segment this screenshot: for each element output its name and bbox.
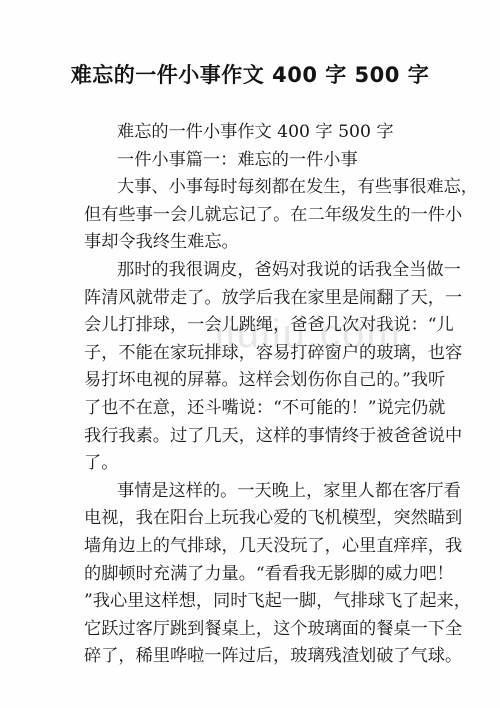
text-line: 难忘的一件小事作文 400 字 500 字	[84, 119, 456, 147]
text-line: 一件小事篇一：难忘的一件小事	[84, 147, 456, 175]
text-line: 事却令我终生难忘。	[84, 229, 456, 257]
text-line: 事情是这样的。一天晚上，家里人都在客厅看	[84, 478, 456, 506]
text-line: 会儿打排球，一会儿跳绳，爸爸几次对我说：“儿	[84, 312, 456, 340]
text-line: 阵清风就带走了。放学后我在家里是闹翻了天，一	[84, 285, 456, 313]
text-line: ”我心里这样想，同时飞起一脚，气排球飞了起来，	[84, 588, 456, 616]
text-line: 子，不能在家玩排球，容易打碎窗户的玻璃，也容	[84, 340, 456, 368]
text-line: 易打坏电视的屏幕。这样会划伤你自己的。”我听	[84, 367, 456, 395]
text-line: 了。	[84, 450, 456, 478]
text-line: 电视，我在阳台上玩我心爱的飞机模型，突然瞄到	[84, 505, 456, 533]
text-line: 那时的我很调皮，爸妈对我说的话我全当做一	[84, 257, 456, 285]
text-line: 的脚顿时充满了力量。“看看我无影脚的威力吧！	[84, 561, 456, 589]
text-line: 碎了，稀里哗啦一阵过后，玻璃残渣划破了气球。	[84, 643, 456, 671]
text-line: 了也不在意，还斗嘴说：“不可能的！”说完仍就	[84, 395, 456, 423]
text-line: 它跃过客厅跳到餐桌上，这个玻璃面的餐桌一下全	[84, 616, 456, 644]
text-line: 大事、小事每时每刻都在发生，有些事很难忘，	[84, 174, 456, 202]
text-line: 墙角边上的气排球，几天没玩了，心里直痒痒，我	[84, 533, 456, 561]
text-line: 但有些事一会儿就忘记了。在二年级发生的一件小	[84, 202, 456, 230]
document-page: 难忘的一件小事作文 400 字 500 字 jiuliu.com 难忘的一件小事…	[0, 0, 500, 708]
document-body: 难忘的一件小事作文 400 字 500 字 一件小事篇一：难忘的一件小事 大事、…	[84, 119, 456, 671]
document-title: 难忘的一件小事作文 400 字 500 字	[0, 60, 500, 90]
text-line: 我行我素。过了几天，这样的事情终于被爸爸说中	[84, 423, 456, 451]
